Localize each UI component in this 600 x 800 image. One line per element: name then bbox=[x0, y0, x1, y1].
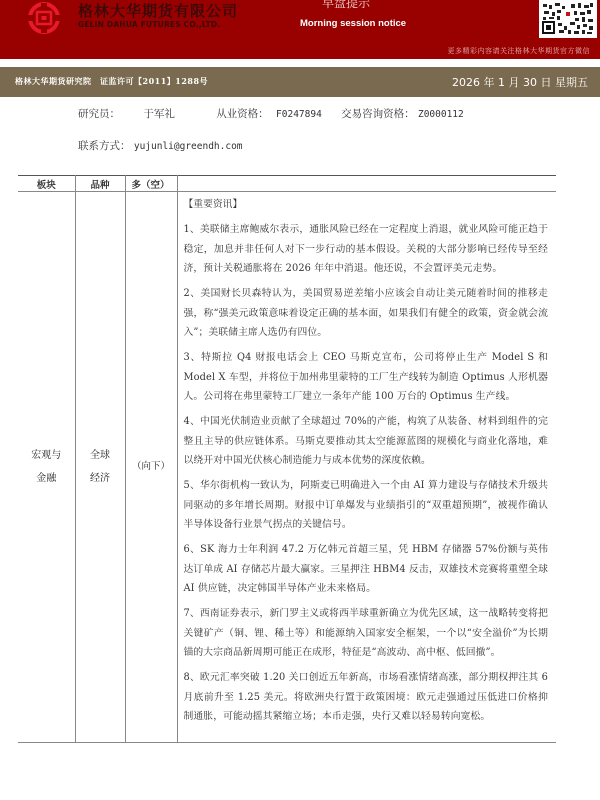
news-item: 5、华尔街机构一致认为，阿斯麦已明确进入一个由 AI 算力建设与存储技术升级共同… bbox=[184, 476, 549, 535]
sector-line: 宏观与 bbox=[18, 444, 75, 467]
report-table: 板块 品种 多（空） 宏观与 金融 全球 经济 （向下） 【重要资讯】 1、美联… bbox=[18, 175, 556, 743]
news-heading: 【重要资讯】 bbox=[184, 198, 549, 212]
contact-label: 联系方式： bbox=[78, 138, 131, 153]
news-item: 1、美联储主席鲍威尔表示，通胀风险已经在一定程度上消退，就业风险可能正趋于稳定，… bbox=[184, 220, 549, 279]
contact-email[interactable]: yujunli@greendh.com bbox=[134, 141, 243, 152]
institute-bar: 格林大华期货研究院 证监许可【2011】1288号 2026 年 1 月 30 … bbox=[0, 67, 600, 97]
researcher-info: 研究员： 于军礼 从业资格： F0247894 交易咨询资格： Z0000112 bbox=[78, 106, 464, 121]
header-variety: 品种 bbox=[75, 176, 125, 192]
qualification-number: F0247894 bbox=[276, 109, 322, 120]
consult-qualification-label: 交易咨询资格： bbox=[341, 106, 415, 121]
table-row: 宏观与 金融 全球 经济 （向下） 【重要资讯】 1、美联储主席鲍威尔表示，通胀… bbox=[18, 192, 556, 743]
follow-wechat-note: 更多精彩内容请关注格林大华期货官方微信 bbox=[448, 46, 591, 56]
notice-title-cn: 早盘提示 bbox=[322, 0, 370, 11]
news-item: 4、中国光伏制造业贡献了全球超过 70%的产能，构筑了从装备、材料到组件的完整且… bbox=[184, 412, 549, 471]
news-item: 3、特斯拉 Q4 财报电话会上 CEO 马斯克宣布，公司将停止生产 Model … bbox=[184, 348, 549, 407]
news-cell: 【重要资讯】 1、美联储主席鲍威尔表示，通胀风险已经在一定程度上消退，就业风险可… bbox=[177, 192, 556, 743]
header-content bbox=[177, 176, 556, 192]
news-item: 6、SK 海力士年利润 47.2 万亿韩元首超三星，凭 HBM 存储器 57%份… bbox=[184, 540, 549, 599]
sector-cell: 宏观与 金融 bbox=[18, 192, 75, 743]
news-item: 8、欧元汇率突破 1.20 关口创近五年新高，市场看涨情绪高涨，部分期权押注其 … bbox=[184, 668, 549, 727]
qualification-label: 从业资格： bbox=[216, 106, 269, 121]
header-direction: 多（空） bbox=[125, 176, 177, 192]
direction-cell: （向下） bbox=[125, 192, 177, 743]
company-logo-icon bbox=[24, 2, 64, 34]
report-date: 2026 年 1 月 30 日 星期五 bbox=[452, 74, 588, 90]
researcher-label: 研究员： bbox=[78, 106, 120, 121]
company-name-en: GELIN DAHUA FUTURES CO.,LTD. bbox=[78, 20, 220, 29]
header-banner: 格林大华期货有限公司 GELIN DAHUA FUTURES CO.,LTD. … bbox=[0, 0, 600, 59]
news-item: 7、西南证券表示，新门罗主义或将西半球重新确立为优先区域，这一战略转变将把关键矿… bbox=[184, 604, 549, 663]
variety-line: 全球 bbox=[76, 444, 125, 467]
company-name-cn: 格林大华期货有限公司 bbox=[78, 0, 238, 21]
sector-line: 金融 bbox=[18, 467, 75, 490]
contact-info: 联系方式： yujunli@greendh.com bbox=[78, 138, 243, 153]
consult-qualification-number: Z0000112 bbox=[418, 109, 464, 120]
notice-title-en: Morning session notice bbox=[300, 18, 406, 29]
news-item: 2、美国财长贝森特认为，美国贸易逆差缩小应该会自动让美元随着时间的推移走强，称“… bbox=[184, 284, 549, 343]
wechat-qr-code-icon bbox=[539, 0, 597, 38]
institute-license: 格林大华期货研究院 证监许可【2011】1288号 bbox=[15, 76, 208, 87]
header-sector: 板块 bbox=[18, 176, 75, 192]
researcher-name: 于军礼 bbox=[143, 106, 175, 121]
variety-cell: 全球 经济 bbox=[75, 192, 125, 743]
variety-line: 经济 bbox=[76, 467, 125, 490]
table-header-row: 板块 品种 多（空） bbox=[18, 176, 556, 192]
